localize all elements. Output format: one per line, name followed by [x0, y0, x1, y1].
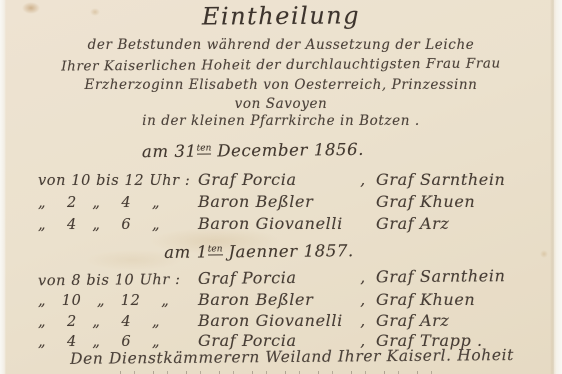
subtitle-line: Erzherzoginn Elisabeth von Oesterreich, …	[0, 77, 562, 93]
time-range: „ 2 „ 4 „	[38, 314, 188, 330]
date-ordinal-suffix: ten	[197, 143, 212, 154]
vigil-name-left: Baron Beßler	[188, 290, 350, 309]
subtitle-line: Ihrer Kaiserlichen Hoheit der durchlauch…	[0, 55, 562, 75]
separator: ,	[350, 312, 376, 330]
separator: ,	[350, 268, 376, 286]
vigil-name-left: Graf Porcia	[188, 170, 350, 189]
manuscript-page: Eintheilung der Betstunden während der A…	[0, 0, 562, 374]
separator: ,	[350, 171, 376, 189]
vigil-name-right: Graf Khuen	[376, 192, 475, 211]
time-range: von 8 bis 10 Uhr :	[38, 272, 188, 289]
subtitle-line: von Savoyen	[0, 96, 562, 112]
subtitle-line: in der kleinen Pfarrkirche in Botzen .	[0, 113, 562, 129]
vigil-name-left: Baron Giovanelli	[188, 311, 350, 330]
time-range: „ 10 „ 12 „	[38, 293, 188, 309]
schedule-row: „ 2 „ 4 „Baron BeßlerGraf Khuen	[38, 192, 548, 211]
vigil-name-left: Graf Porcia	[188, 268, 350, 288]
vigil-name-left: Baron Giovanelli	[188, 214, 350, 233]
schedule-row: von 8 bis 10 Uhr :Graf Porcia,Graf Sarnt…	[38, 266, 548, 289]
schedule-row: „ 10 „ 12 „Baron Beßler,Graf Khuen	[38, 290, 548, 309]
schedule-row: von 10 bis 12 Uhr :Graf Porcia,Graf Sarn…	[38, 170, 548, 189]
vigil-name-right: Graf Khuen	[376, 290, 475, 309]
subtitle-line: der Betstunden während der Aussetzung de…	[0, 37, 562, 53]
footer-text: Den Dienstkämmerern Weiland Ihrer Kaiser…	[0, 346, 562, 369]
time-range: „ 4 „ 6 „	[38, 217, 188, 233]
vigil-name-right: Graf Sarnthein	[376, 170, 505, 189]
separator: ,	[350, 291, 376, 309]
time-range: „ 2 „ 4 „	[38, 195, 188, 211]
time-range: „ 4 „ 6 „	[38, 334, 188, 350]
schedule-row: „ 4 „ 6 „Baron GiovanelliGraf Arz	[38, 214, 548, 233]
schedule-date-1856: am 31ten December 1856.	[0, 138, 534, 163]
time-range: von 10 bis 12 Uhr :	[38, 173, 188, 189]
schedule-date-1857: am 1ten Jaenner 1857.	[0, 240, 540, 264]
document-title: Eintheilung	[0, 0, 562, 32]
vigil-name-right: Graf Arz	[376, 214, 449, 233]
vigil-name-right: Graf Arz	[376, 311, 449, 330]
date-ordinal-suffix: ten	[208, 244, 223, 255]
date-prefix: am 31	[142, 142, 197, 162]
paper-stain	[540, 250, 548, 258]
vigil-name-left: Baron Beßler	[188, 192, 350, 211]
date-rest: December 1856.	[211, 140, 364, 161]
scan-edge-left	[0, 0, 6, 374]
date-rest: Jaenner 1857.	[222, 241, 353, 261]
date-prefix: am 1	[164, 242, 208, 261]
vigil-name-right: Graf Sarnthein	[376, 266, 506, 286]
schedule-row: „ 2 „ 4 „Baron Giovanelli,Graf Arz	[38, 311, 548, 330]
